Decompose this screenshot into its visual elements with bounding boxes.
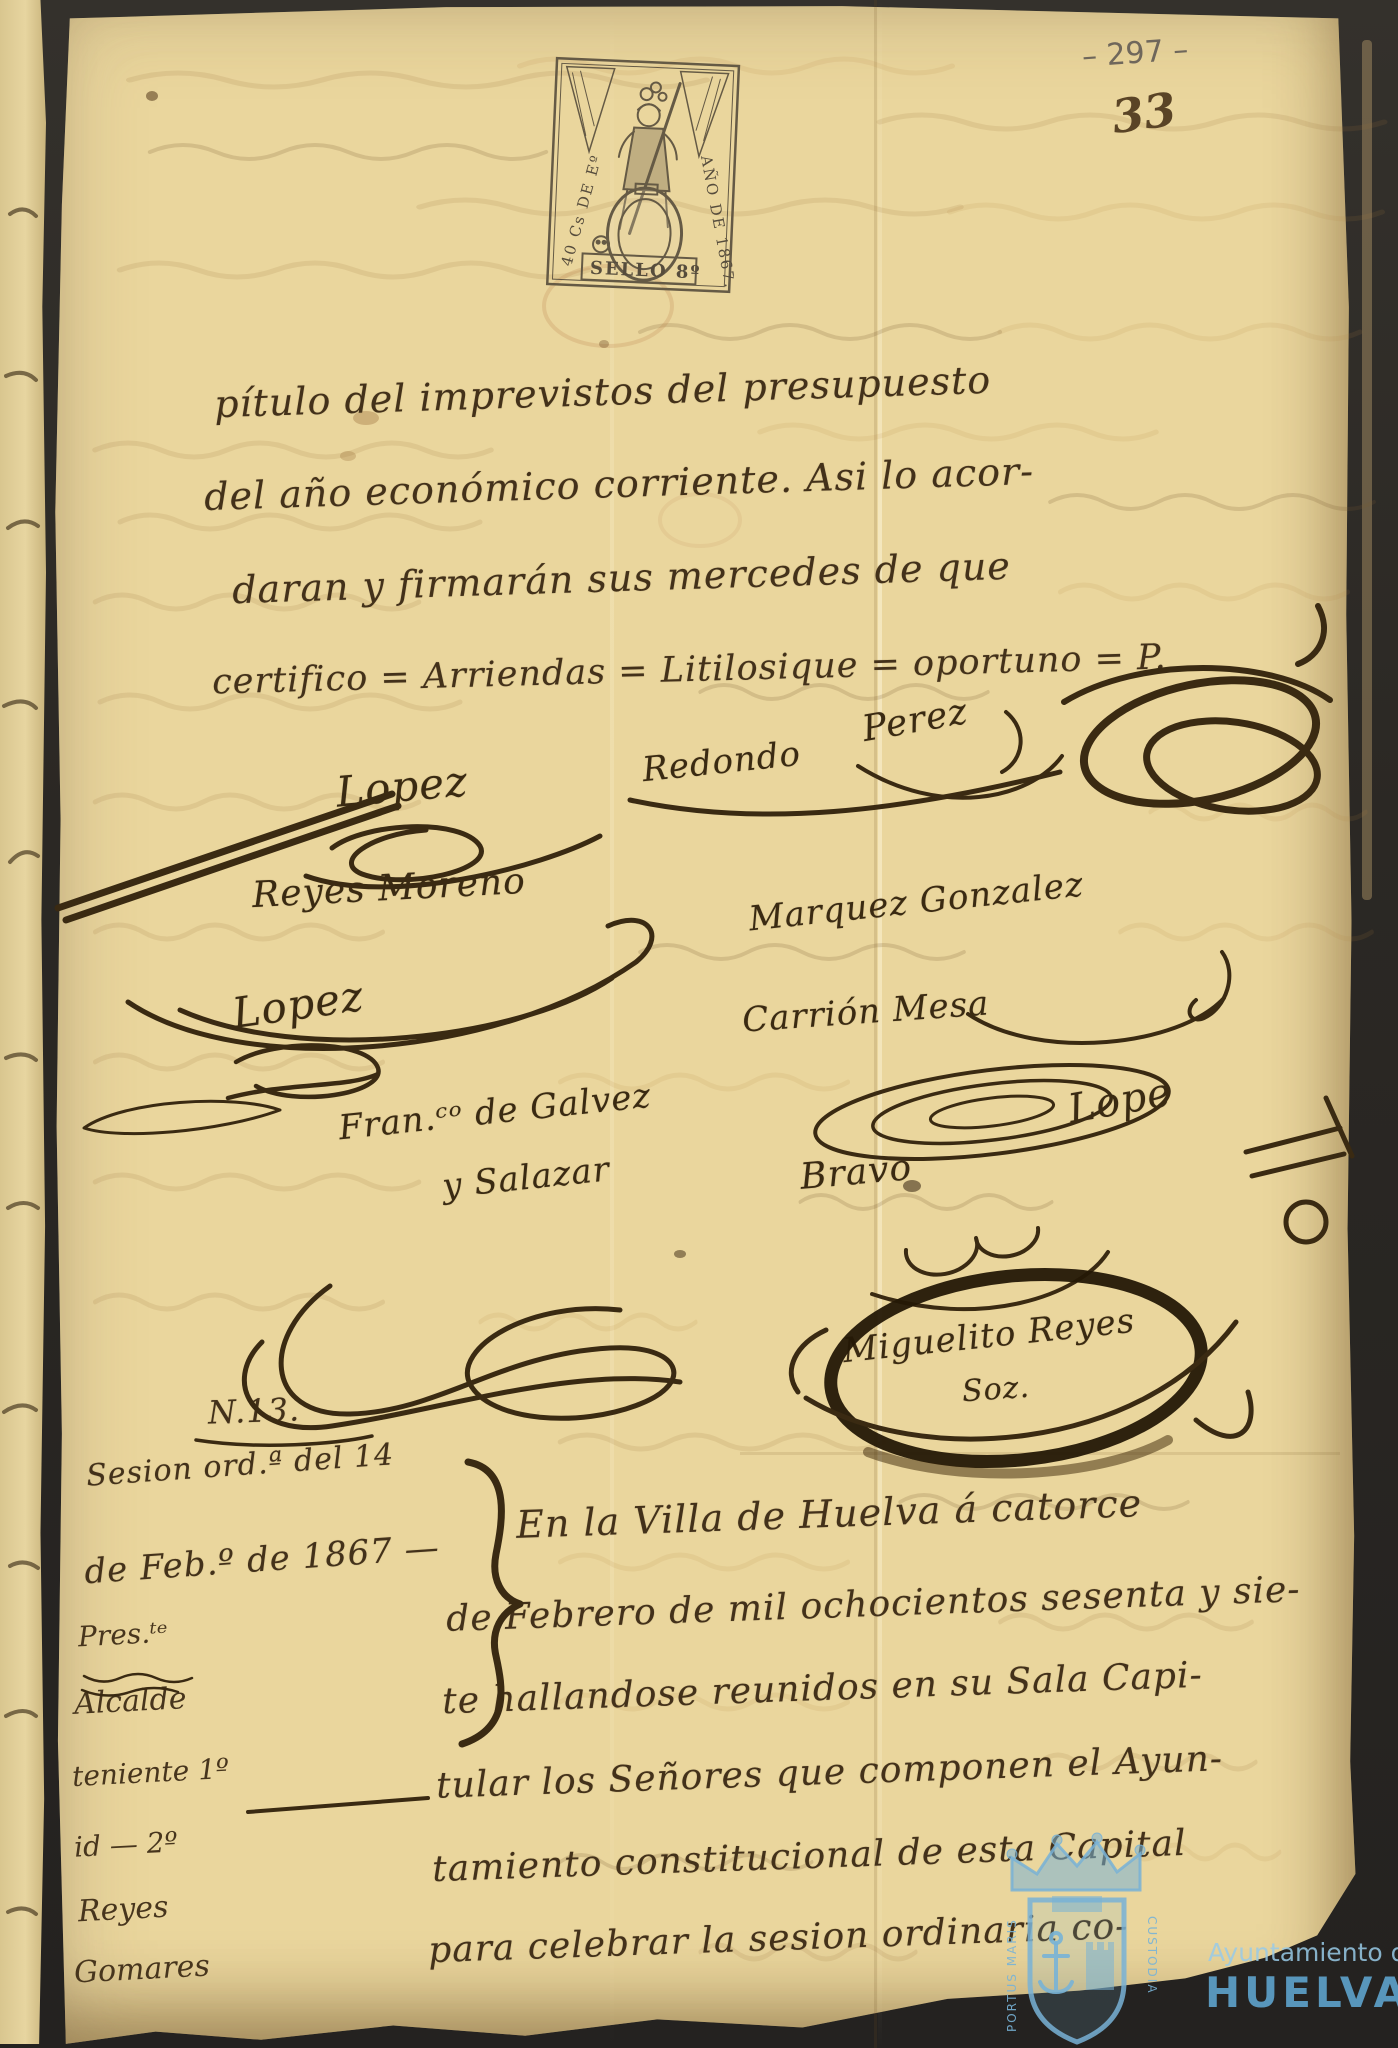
watermark-motto-right: CUSTODIA bbox=[1145, 1916, 1159, 1995]
watermark-org-label: Ayuntamiento de bbox=[1208, 1938, 1398, 1967]
watermark-motto-left: PORTUS MARIS bbox=[1005, 1918, 1019, 2032]
watermark-shield-body bbox=[1030, 1896, 1124, 2042]
document-scan: 40 Cs DE Eº AÑO DE 1867. SELLO 8º – 297 … bbox=[0, 0, 1398, 2048]
sealed-signature-oval bbox=[791, 1257, 1251, 1479]
watermark-crown bbox=[1007, 1833, 1145, 1890]
watermark-city-label: HUELVA bbox=[1205, 1968, 1398, 2017]
signature-flourishes-overlay bbox=[0, 0, 1398, 2048]
huelva-watermark-shield: PORTUS MARIS CUSTODIA bbox=[952, 1832, 1202, 2048]
margin-brace bbox=[462, 1462, 520, 1744]
heavy-right-flourish bbox=[1064, 606, 1330, 823]
